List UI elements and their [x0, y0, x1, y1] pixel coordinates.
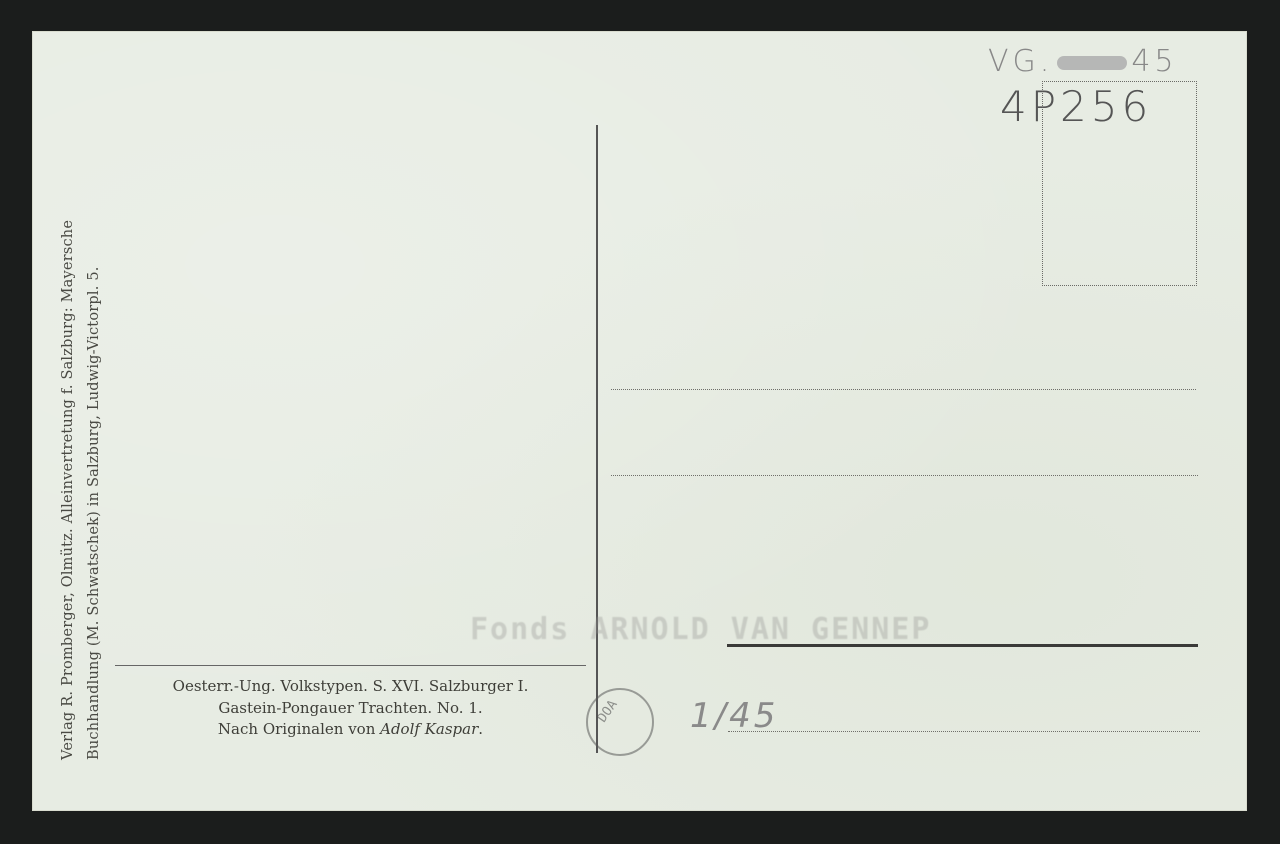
address-line-4 — [728, 731, 1200, 732]
center-divider — [596, 125, 598, 753]
erased-digits — [1057, 56, 1127, 70]
address-line-1 — [611, 389, 1196, 390]
postmark-circle-icon — [586, 688, 654, 756]
handwritten-code-top: VG.45 — [988, 44, 1178, 79]
artist-name: Adolf Kaspar — [380, 720, 478, 738]
imprint-line-2: Buchhandlung (M. Schwatschek) in Salzbur… — [81, 120, 107, 760]
series-caption: Oesterr.-Ung. Volkstypen. S. XVI. Salzbu… — [115, 676, 586, 741]
fonds-stamp: Fonds ARNOLD VAN GENNEP — [470, 612, 931, 647]
caption-line-2: Gastein-Pongauer Trachten. No. 1. — [115, 698, 586, 720]
caption-line-1: Oesterr.-Ung. Volkstypen. S. XVI. Salzbu… — [115, 676, 586, 698]
caption-line-3: Nach Originalen von Adolf Kaspar. — [115, 719, 586, 741]
handwritten-code-bottom: 4P256 — [1000, 82, 1152, 131]
caption-rule — [115, 665, 586, 666]
handwritten-number: 1/45 — [690, 696, 778, 736]
address-line-2 — [611, 475, 1198, 476]
imprint-line-1: Verlag R. Promberger, Olmütz. Alleinvert… — [55, 120, 81, 760]
publisher-imprint: Verlag R. Promberger, Olmütz. Alleinvert… — [55, 120, 107, 760]
